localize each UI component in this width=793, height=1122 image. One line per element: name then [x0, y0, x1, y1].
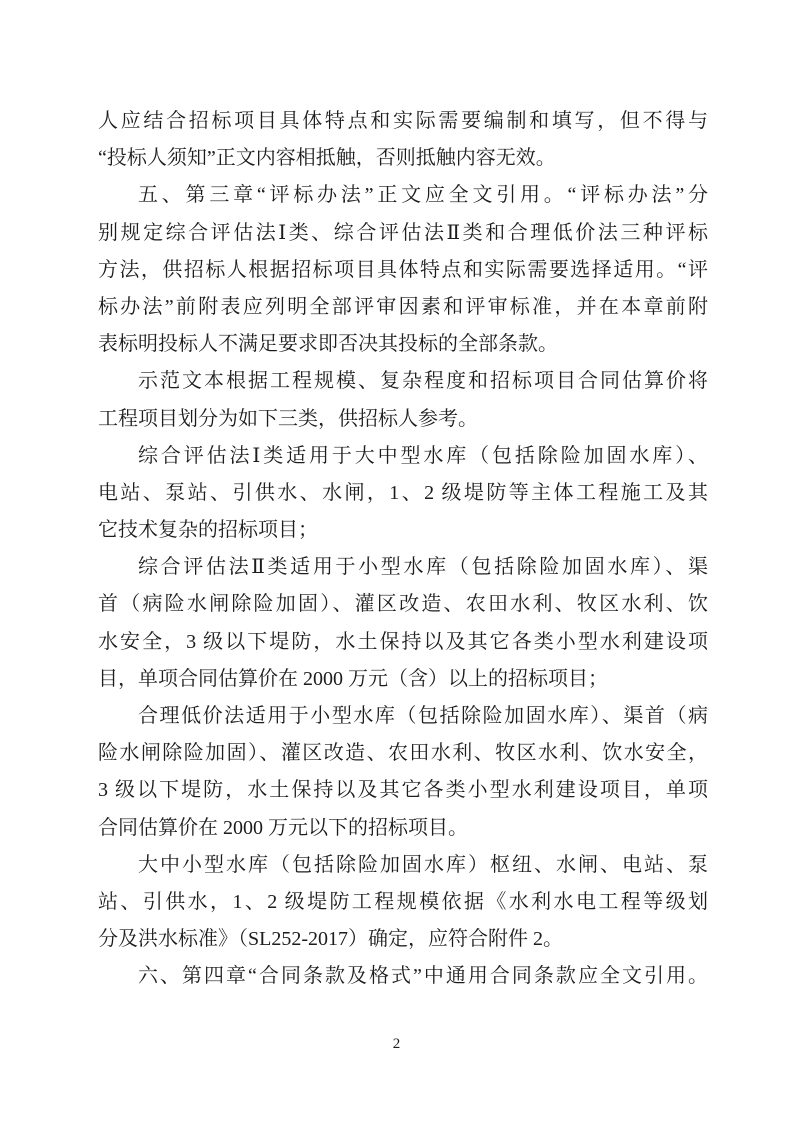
paragraph: 六、第四章“合同条款及格式”中通用合同条款应全文引用。 [98, 958, 708, 995]
page-number: 2 [0, 1036, 793, 1053]
text-line: 目，单项合同估算价在 2000 万元（含）以上的招标项目； [98, 661, 708, 698]
text-line: 标办法”前附表应列明全部评审因素和评审标准，并在本章前附 [98, 289, 708, 326]
document-page: 人应结合招标项目具体特点和实际需要编制和填写，但不得与“投标人须知”正文内容相抵… [0, 0, 793, 1122]
paragraph: 人应结合招标项目具体特点和实际需要编制和填写，但不得与“投标人须知”正文内容相抵… [98, 103, 708, 177]
paragraph: 大中小型水库（包括除险加固水库）枢纽、水闸、电站、泵站、引供水，1、2 级堤防工… [98, 847, 708, 959]
text-line: 分及洪水标准》（SL252-2017）确定，应符合附件 2。 [98, 921, 708, 958]
text-line: 综合评估法Ⅰ类适用于大中型水库（包括除险加固水库）、 [98, 438, 708, 475]
text-line: 3 级以下堤防，水土保持以及其它各类小型水利建设项目，单项 [98, 772, 708, 809]
text-line: 表标明投标人不满足要求即否决其投标的全部条款。 [98, 326, 708, 363]
text-line: 六、第四章“合同条款及格式”中通用合同条款应全文引用。 [98, 958, 708, 995]
text-line: 方法，供招标人根据招标项目具体特点和实际需要选择适用。“评 [98, 252, 708, 289]
text-line: “投标人须知”正文内容相抵触，否则抵触内容无效。 [98, 140, 708, 177]
text-line: 险水闸除险加固）、灌区改造、农田水利、牧区水利、饮水安全， [98, 735, 708, 772]
paragraph: 综合评估法Ⅰ类适用于大中型水库（包括除险加固水库）、电站、泵站、引供水、水闸，1… [98, 438, 708, 550]
text-line: 电站、泵站、引供水、水闸，1、2 级堤防等主体工程施工及其 [98, 475, 708, 512]
text-line: 综合评估法Ⅱ类适用于小型水库（包括除险加固水库）、渠 [98, 549, 708, 586]
text-line: 它技术复杂的招标项目； [98, 512, 708, 549]
text-line: 五、第三章“评标办法”正文应全文引用。“评标办法”分 [98, 177, 708, 214]
text-line: 合同估算价在 2000 万元以下的招标项目。 [98, 810, 708, 847]
document-body: 人应结合招标项目具体特点和实际需要编制和填写，但不得与“投标人须知”正文内容相抵… [98, 103, 708, 996]
text-line: 合理低价法适用于小型水库（包括除险加固水库）、渠首（病 [98, 698, 708, 735]
paragraph: 示范文本根据工程规模、复杂程度和招标项目合同估算价将工程项目划分为如下三类，供招… [98, 363, 708, 437]
text-line: 工程项目划分为如下三类，供招标人参考。 [98, 401, 708, 438]
text-line: 水安全，3 级以下堤防，水土保持以及其它各类小型水利建设项 [98, 624, 708, 661]
text-line: 示范文本根据工程规模、复杂程度和招标项目合同估算价将 [98, 363, 708, 400]
text-line: 站、引供水，1、2 级堤防工程规模依据《水利水电工程等级划 [98, 884, 708, 921]
text-line: 人应结合招标项目具体特点和实际需要编制和填写，但不得与 [98, 103, 708, 140]
text-line: 首（病险水闸除险加固）、灌区改造、农田水利、牧区水利、饮 [98, 586, 708, 623]
text-line: 大中小型水库（包括除险加固水库）枢纽、水闸、电站、泵 [98, 847, 708, 884]
paragraph: 综合评估法Ⅱ类适用于小型水库（包括除险加固水库）、渠首（病险水闸除险加固）、灌区… [98, 549, 708, 698]
text-line: 别规定综合评估法Ⅰ类、综合评估法Ⅱ类和合理低价法三种评标 [98, 215, 708, 252]
paragraph: 合理低价法适用于小型水库（包括除险加固水库）、渠首（病险水闸除险加固）、灌区改造… [98, 698, 708, 847]
paragraph: 五、第三章“评标办法”正文应全文引用。“评标办法”分别规定综合评估法Ⅰ类、综合评… [98, 177, 708, 363]
